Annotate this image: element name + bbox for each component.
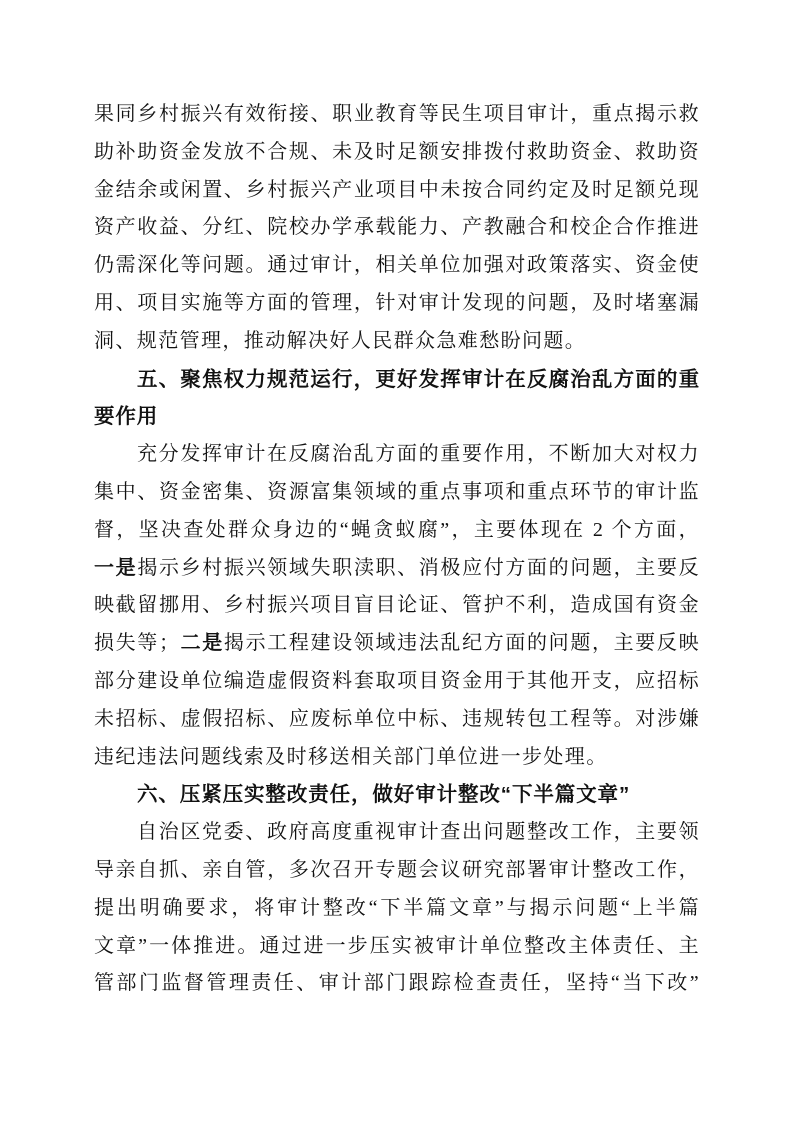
text-line: 五、聚焦权力规范运行，更好发挥审计在反腐治乱方面的重 xyxy=(94,361,700,399)
text-segment: 未招标、虚假招标、应废标单位中标、违规转包工程等。对涉嫌 xyxy=(94,708,700,730)
text-line: 助补助资金发放不合规、未及时足额安排拨付救助资金、救助资 xyxy=(94,134,700,172)
text-segment: 用、项目实施等方面的管理，针对审计发现的问题，及时堵塞漏 xyxy=(94,292,700,314)
text-line: 用、项目实施等方面的管理，针对审计发现的问题，及时堵塞漏 xyxy=(94,285,700,323)
text-segment: 部分建设单位编造虚假资料套取项目资金用于其他开支，应招标 xyxy=(94,670,700,692)
text-segment: 果同乡村振兴有效衔接、职业教育等民生项目审计，重点揭示救 xyxy=(94,103,700,125)
text-line: 文章”一体推进。通过进一步压实被审计单位整改主体责任、主 xyxy=(94,928,700,966)
text-line: 充分发挥审计在反腐治乱方面的重要作用，不断加大对权力 xyxy=(94,436,700,474)
text-line: 集中、资金密集、资源富集领域的重点事项和重点环节的审计监 xyxy=(94,474,700,512)
text-line: 导亲自抓、亲自管，多次召开专题会议研究部署审计整改工作， xyxy=(94,852,700,890)
text-segment: 文章”一体推进。通过进一步压实被审计单位整改主体责任、主 xyxy=(94,935,700,957)
text-line: 仍需深化等问题。通过审计，相关单位加强对政策落实、资金使 xyxy=(94,247,700,285)
text-segment: 充分发挥审计在反腐治乱方面的重要作用，不断加大对权力 xyxy=(137,443,700,465)
text-segment: 管部门监督管理责任、审计部门跟踪检查责任，坚持“当下改” xyxy=(94,972,700,994)
text-segment: 仍需深化等问题。通过审计，相关单位加强对政策落实、资金使 xyxy=(94,254,700,276)
section-heading: 六、压紧压实整改责任，做好审计整改“下半篇文章” xyxy=(94,776,700,814)
text-line: 督，坚决查处群众身边的“蝇贪蚁腐”，主要体现在 2 个方面， xyxy=(94,512,700,550)
text-segment: 违纪违法问题线索及时移送相关部门单位进一步处理。 xyxy=(94,746,608,768)
bold-text-segment: 一是 xyxy=(94,557,137,579)
section-heading: 五、聚焦权力规范运行，更好发挥审计在反腐治乱方面的重要作用 xyxy=(94,361,700,437)
text-segment: 金结余或闲置、乡村振兴产业项目中未按合同约定及时足额兑现 xyxy=(94,179,700,201)
text-line: 金结余或闲置、乡村振兴产业项目中未按合同约定及时足额兑现 xyxy=(94,172,700,210)
paragraph: 充分发挥审计在反腐治乱方面的重要作用，不断加大对权力集中、资金密集、资源富集领域… xyxy=(94,436,700,776)
text-segment: 导亲自抓、亲自管，多次召开专题会议研究部署审计整改工作， xyxy=(94,859,700,881)
text-segment: 揭示乡村振兴领域失职渎职、消极应付方面的问题，主要反 xyxy=(137,557,700,579)
text-line: 映截留挪用、乡村振兴项目盲目论证、管护不利，造成国有资金 xyxy=(94,587,700,625)
text-segment: 集中、资金密集、资源富集领域的重点事项和重点环节的审计监 xyxy=(94,481,700,503)
text-segment: 助补助资金发放不合规、未及时足额安排拨付救助资金、救助资 xyxy=(94,141,700,163)
paragraph: 果同乡村振兴有效衔接、职业教育等民生项目审计，重点揭示救助补助资金发放不合规、未… xyxy=(94,96,700,361)
text-line: 一是揭示乡村振兴领域失职渎职、消极应付方面的问题，主要反 xyxy=(94,550,700,588)
text-line: 管部门监督管理责任、审计部门跟踪检查责任，坚持“当下改” xyxy=(94,965,700,1003)
text-segment: 揭示工程建设领域违法乱纪方面的问题，主要反映 xyxy=(224,632,700,654)
text-segment: 洞、规范管理，推动解决好人民群众急难愁盼问题。 xyxy=(94,330,586,352)
text-line: 洞、规范管理，推动解决好人民群众急难愁盼问题。 xyxy=(94,323,700,361)
text-line: 六、压紧压实整改责任，做好审计整改“下半篇文章” xyxy=(94,776,700,814)
text-line: 果同乡村振兴有效衔接、职业教育等民生项目审计，重点揭示救 xyxy=(94,96,700,134)
text-segment: 资产收益、分红、院校办学承载能力、产教融合和校企合作推进 xyxy=(94,216,700,238)
text-line: 未招标、虚假招标、应废标单位中标、违规转包工程等。对涉嫌 xyxy=(94,701,700,739)
bold-text-segment: 六、压紧压实整改责任，做好审计整改“下半篇文章” xyxy=(137,783,630,806)
text-line: 违纪违法问题线索及时移送相关部门单位进一步处理。 xyxy=(94,739,700,777)
document-content: 果同乡村振兴有效衔接、职业教育等民生项目审计，重点揭示救助补助资金发放不合规、未… xyxy=(94,96,700,1003)
text-segment: 损失等； xyxy=(94,632,180,654)
bold-text-segment: 五、聚焦权力规范运行，更好发挥审计在反腐治乱方面的重 xyxy=(137,368,700,391)
text-line: 损失等；二是揭示工程建设领域违法乱纪方面的问题，主要反映 xyxy=(94,625,700,663)
text-segment: 映截留挪用、乡村振兴项目盲目论证、管护不利，造成国有资金 xyxy=(94,594,700,616)
text-segment: 提出明确要求，将审计整改“下半篇文章”与揭示问题“上半篇 xyxy=(94,897,700,919)
document-page: 果同乡村振兴有效衔接、职业教育等民生项目审计，重点揭示救助补助资金发放不合规、未… xyxy=(0,0,793,1122)
bold-text-segment: 要作用 xyxy=(94,405,158,428)
paragraph: 自治区党委、政府高度重视审计查出问题整改工作，主要领导亲自抓、亲自管，多次召开专… xyxy=(94,814,700,1003)
text-line: 部分建设单位编造虚假资料套取项目资金用于其他开支，应招标 xyxy=(94,663,700,701)
text-line: 要作用 xyxy=(94,398,700,436)
text-line: 提出明确要求，将审计整改“下半篇文章”与揭示问题“上半篇 xyxy=(94,890,700,928)
bold-text-segment: 二是 xyxy=(180,632,224,654)
text-segment: 自治区党委、政府高度重视审计查出问题整改工作，主要领 xyxy=(137,821,700,843)
text-line: 自治区党委、政府高度重视审计查出问题整改工作，主要领 xyxy=(94,814,700,852)
text-segment: 督，坚决查处群众身边的“蝇贪蚁腐”，主要体现在 2 个方面， xyxy=(94,519,700,541)
text-line: 资产收益、分红、院校办学承载能力、产教融合和校企合作推进 xyxy=(94,209,700,247)
